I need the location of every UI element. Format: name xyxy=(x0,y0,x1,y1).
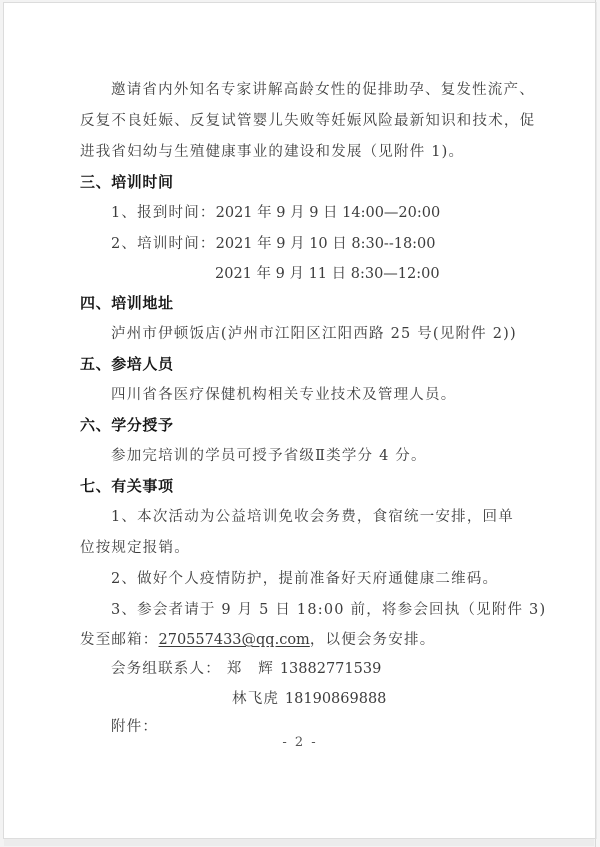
note-1-line-1: 1、本次活动为公益培训免收会务费，食宿统一安排，回单 xyxy=(111,507,514,527)
training-time-row-1: 2、培训时间：2021 年 9 月 10 日 8:30--18:00 xyxy=(111,234,436,254)
email-suffix: ，以便会务安排。 xyxy=(310,632,436,648)
contact-row-2: 林飞虎 18190869888 xyxy=(232,689,386,709)
email-label: 发至邮箱： xyxy=(80,632,159,648)
attachments-label: 附件： xyxy=(111,717,158,737)
training-address: 泸州市伊顿饭店(泸州市江阳区江阳西路 25 号(见附件 2)) xyxy=(111,324,517,344)
page-bottom-edge xyxy=(4,838,594,846)
intro-line-3: 进我省妇幼与生殖健康事业的建设和发展（见附件 1)。 xyxy=(80,142,464,162)
training-time-value-1: 2021 年 9 月 10 日 8:30--18:00 xyxy=(216,236,436,252)
section-heading-training-address: 四、培训地址 xyxy=(80,293,174,313)
email-link[interactable]: 270557433@qq.com xyxy=(159,632,310,648)
training-time-value-2: 2021 年 9 月 11 日 8:30—12:00 xyxy=(215,264,440,284)
section-heading-training-time: 三、培训时间 xyxy=(80,172,174,192)
section-heading-participants: 五、参培人员 xyxy=(80,354,174,374)
credits-description: 参加完培训的学员可授予省级Ⅱ类学分 4 分。 xyxy=(111,446,427,466)
contact-phone-2: 18190869888 xyxy=(285,691,386,707)
contact-row-1: 会务组联系人：郑 辉 13882771539 xyxy=(111,659,381,679)
registration-time-label: 1、报到时间： xyxy=(111,205,216,221)
note-3-line-1: 3、参会者请于 9 月 5 日 18:00 前，将参会回执（见附件 3) xyxy=(111,600,546,620)
contacts-label: 会务组联系人： xyxy=(111,661,221,677)
section-heading-notes: 七、有关事项 xyxy=(80,476,174,496)
note-2: 2、做好个人疫情防护，提前准备好天府通健康二维码。 xyxy=(111,569,498,589)
contact-name-2: 林飞虎 xyxy=(232,691,279,707)
registration-time-value: 2021 年 9 月 9 日 14:00—20:00 xyxy=(216,205,441,221)
page-number: - 2 - xyxy=(0,735,600,750)
contact-name-1: 郑 辉 xyxy=(227,661,274,677)
contact-phone-1: 13882771539 xyxy=(280,661,381,677)
registration-time-row: 1、报到时间：2021 年 9 月 9 日 14:00—20:00 xyxy=(111,203,440,223)
note-1-line-2: 位按规定报销。 xyxy=(80,538,190,558)
intro-line-1: 邀请省内外知名专家讲解高龄女性的促排助孕、复发性流产、 xyxy=(111,80,535,100)
training-time-label: 2、培训时间： xyxy=(111,236,216,252)
note-3-line-2: 发至邮箱：270557433@qq.com，以便会务安排。 xyxy=(80,630,435,650)
section-heading-credits: 六、学分授予 xyxy=(80,415,174,435)
intro-line-2: 反复不良妊娠、反复试管婴儿失败等妊娠风险最新知识和技术，促 xyxy=(80,111,535,131)
participants-description: 四川省各医疗保健机构相关专业技术及管理人员。 xyxy=(111,385,456,405)
